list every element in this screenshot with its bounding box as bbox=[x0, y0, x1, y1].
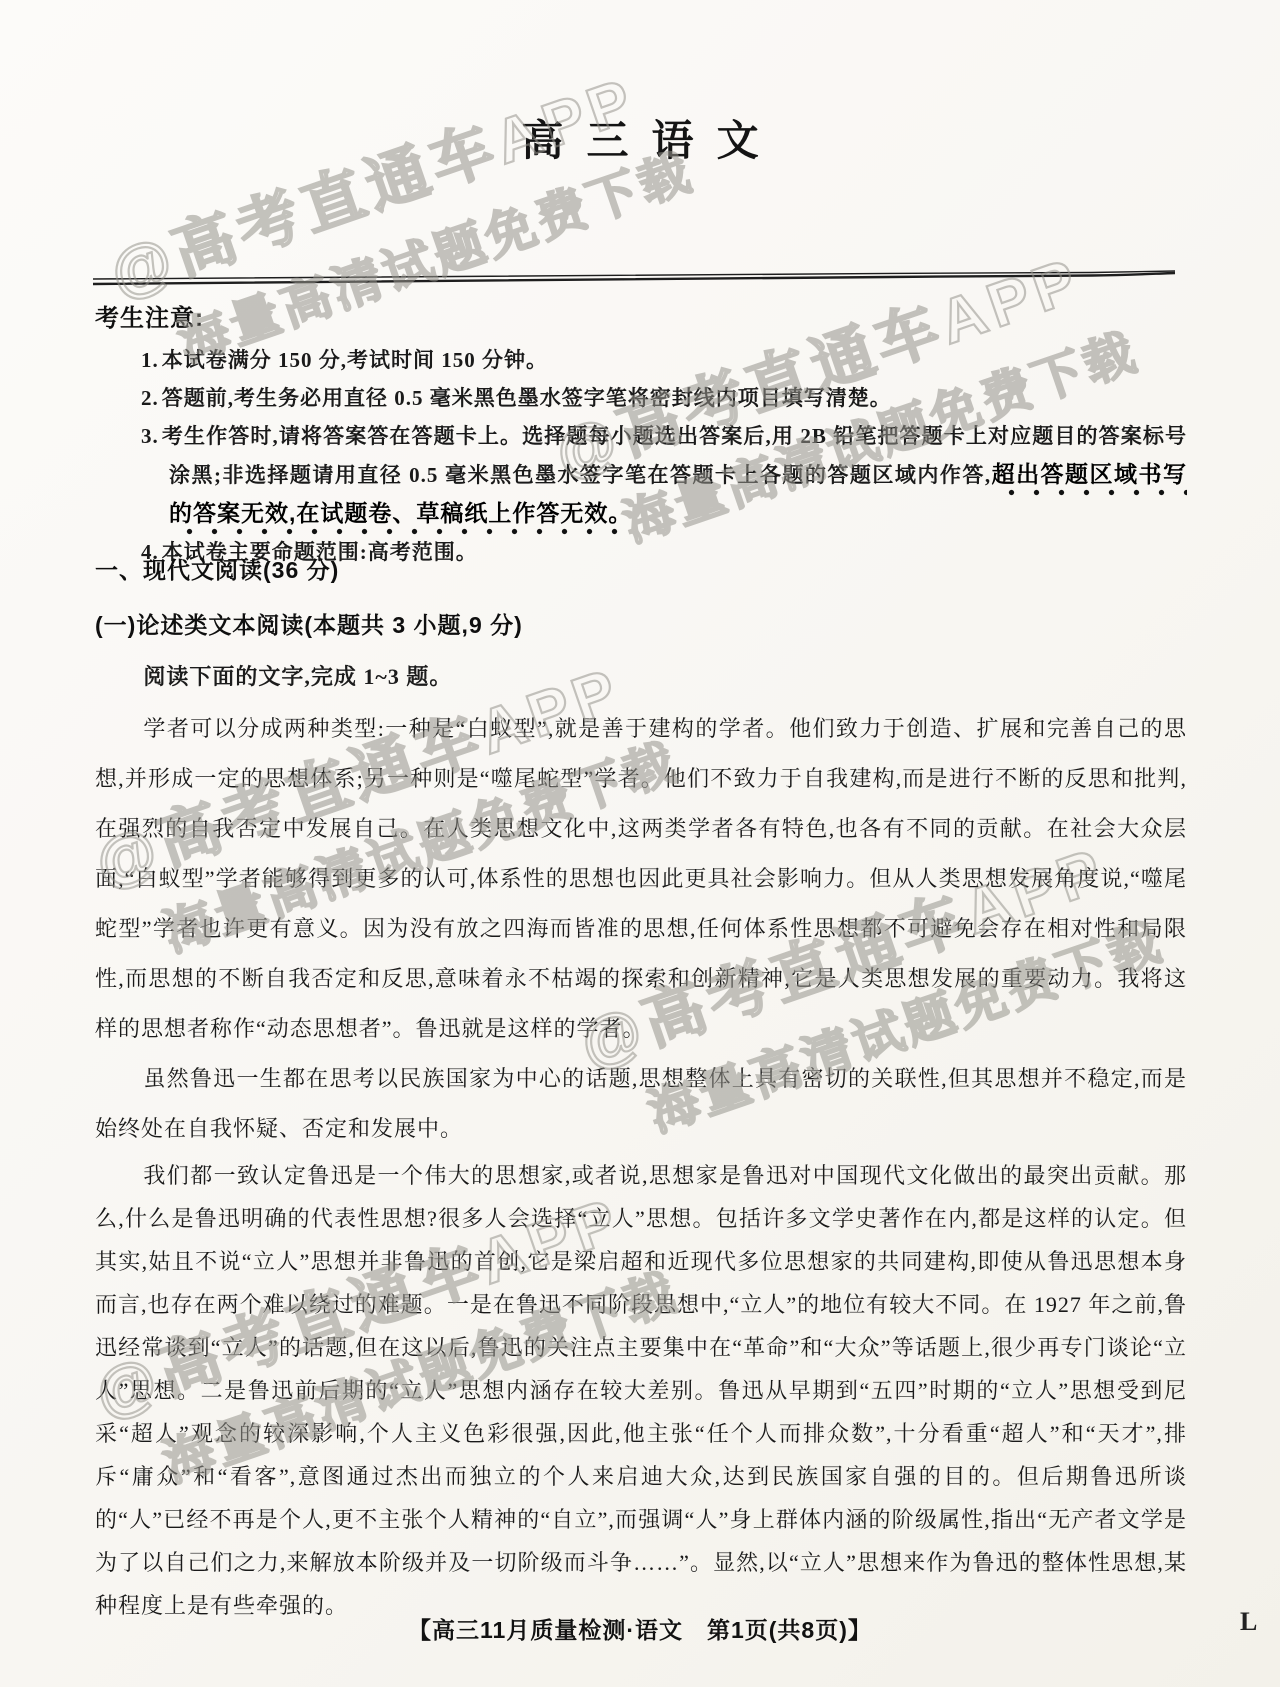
notice-section: 考生注意: 1.本试卷满分 150 分,考试时间 150 分钟。 2.答题前,考… bbox=[95, 298, 1187, 571]
passage-paragraph: 虽然鲁迅一生都在思考以民族国家为中心的话题,思想整体上具有密切的关联性,但其思想… bbox=[95, 1054, 1187, 1154]
exam-page: @高考直通车APP 海量高清试题免费下载 @高考直通车APP 海量高清试题免费下… bbox=[0, 0, 1280, 1687]
page-footer: 【高三11月质量检测·语文 第1页(共8页)】 bbox=[408, 1612, 872, 1645]
section-heading: 一、现代文阅读(36 分) bbox=[95, 552, 1187, 585]
page-title: 高三语文 bbox=[0, 108, 1280, 168]
notice-item: 2.答题前,考生务必用直径 0.5 毫米黑色墨水签字笔将密封线内项目填写清楚。 bbox=[141, 379, 1187, 417]
notice-item-number: 3. bbox=[141, 424, 159, 448]
passage-paragraph: 我们都一致认定鲁迅是一个伟大的思想家,或者说,思想家是鲁迅对中国现代文化做出的最… bbox=[95, 1154, 1187, 1627]
notice-item-text: 本试卷满分 150 分,考试时间 150 分钟。 bbox=[162, 348, 548, 372]
notice-item-text: 答题前,考生务必用直径 0.5 毫米黑色墨水签字笔将密封线内项目填写清楚。 bbox=[162, 386, 892, 410]
notice-item: 1.本试卷满分 150 分,考试时间 150 分钟。 bbox=[141, 341, 1187, 379]
reading-instruction: 阅读下面的文字,完成 1~3 题。 bbox=[95, 660, 1187, 694]
passage-section: 一、现代文阅读(36 分) (一)论述类文本阅读(本题共 3 小题,9 分) 阅… bbox=[95, 552, 1187, 1627]
notice-heading: 考生注意: bbox=[95, 298, 1187, 333]
notice-item-number: 1. bbox=[141, 348, 159, 372]
notice-item-number: 2. bbox=[141, 386, 159, 410]
divider-rule bbox=[92, 270, 1176, 288]
corner-mark: L bbox=[1240, 1607, 1257, 1637]
passage-paragraph: 学者可以分成两种类型:一种是“白蚁型”,就是善于建构的学者。他们致力于创造、扩展… bbox=[95, 704, 1187, 1054]
notice-item: 3.考生作答时,请将答案答在答题卡上。选择题每小题选出答案后,用 2B 铅笔把答… bbox=[141, 417, 1187, 533]
subsection-heading: (一)论述类文本阅读(本题共 3 小题,9 分) bbox=[95, 607, 1187, 640]
